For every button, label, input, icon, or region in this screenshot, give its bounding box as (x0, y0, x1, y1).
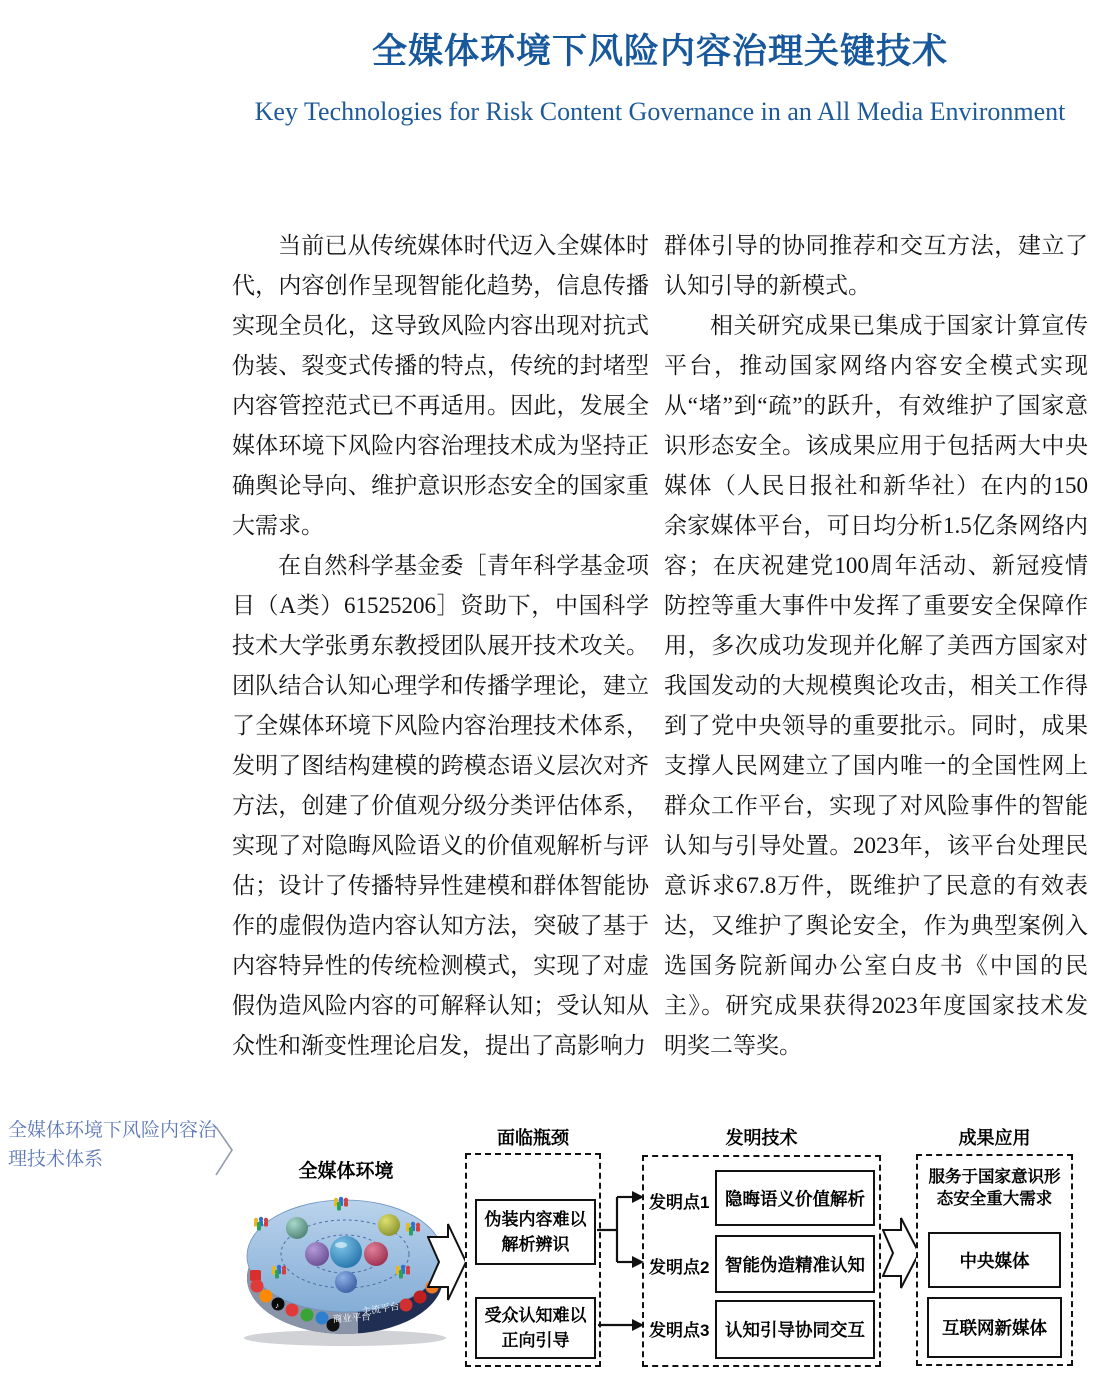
news-app-icon (250, 1270, 261, 1281)
platform-sphere (305, 1242, 329, 1266)
article-right-column: 群体引导的协同推荐和交互方法，建立了认知引导的新模式。 相关研究成果已集成于国家… (664, 226, 1088, 1066)
application-note: 服务于国家意识形 态安全重大需求 (918, 1166, 1071, 1210)
bottleneck-box: 受众认知难以 正向引导 (475, 1297, 596, 1359)
body-paragraph: 当前已从传统媒体时代迈入全媒体时代，内容创作呈现智能化趋势，信息传播实现全员化，… (232, 226, 649, 546)
platform-sphere (378, 1214, 400, 1236)
page-header: 全媒体环境下风险内容治理关键技术 Key Technologies for Ri… (222, 24, 1098, 127)
invention-point-label: 发明点1 (649, 1188, 715, 1213)
invention-box: 智能伪造精准认知 (715, 1235, 875, 1293)
application-box: 互联网新媒体 (927, 1297, 1062, 1358)
invention-box: 隐晦语义价值解析 (715, 1170, 875, 1226)
platform-sphere (335, 1271, 357, 1293)
bottleneck-group: 伪装内容难以 解析辨识 受众认知难以 正向引导 (465, 1153, 601, 1367)
tiktok-glyph: ♪ (275, 1301, 279, 1310)
cctv-icon (414, 1291, 427, 1304)
caption-chevron-icon (215, 1126, 235, 1176)
group-header-bottleneck: 面临瓶颈 (465, 1124, 601, 1150)
flow-arrow-icon (427, 1222, 467, 1302)
body-paragraph: 群体引导的协同推荐和交互方法，建立了认知引导的新模式。 (664, 226, 1088, 306)
sphere-highlight (335, 1242, 347, 1248)
all-media-environment-graphic: ♪ 商业平台 主流平台 (240, 1192, 450, 1350)
invention-box: 认知引导协同交互 (715, 1300, 875, 1359)
group-header-invention: 发明技术 (642, 1124, 881, 1150)
application-box: 中央媒体 (928, 1232, 1061, 1288)
invention-group: 发明点1 发明点2 发明点3 隐晦语义价值解析 智能伪造精准认知 认知引导协同交… (642, 1155, 881, 1367)
wechat-icon (301, 1309, 314, 1322)
body-paragraph: 在自然科学基金委［青年科学基金项目（A类）61525206］资助下，中国科学技术… (232, 546, 649, 1066)
red-app-icon (251, 1280, 264, 1293)
platform-sphere (364, 1242, 388, 1266)
bottleneck-box: 伪装内容难以 解析辨识 (475, 1199, 596, 1265)
group-header-application: 成果应用 (916, 1124, 1073, 1150)
page-subtitle: Key Technologies for Risk Content Govern… (222, 97, 1098, 127)
blue-app-icon (316, 1312, 329, 1325)
figure-caption: 全媒体环境下风险内容治 理技术体系 (8, 1116, 220, 1174)
orange-app-icon (260, 1290, 273, 1303)
article-left-column: 当前已从传统媒体时代迈入全媒体时代，内容创作呈现智能化趋势，信息传播实现全员化，… (232, 226, 649, 1066)
weibo-icon (286, 1304, 299, 1317)
platform-sphere (286, 1217, 308, 1239)
body-paragraph: 相关研究成果已集成于国家计算宣传平台，推动国家网络内容安全模式实现从“堵”到“疏… (664, 306, 1088, 1066)
flow-arrow-icon (882, 1216, 920, 1290)
application-group: 服务于国家意识形 态安全重大需求 中央媒体 互联网新媒体 (916, 1154, 1073, 1366)
people-daily-icon (400, 1299, 413, 1312)
platform-sphere-center (330, 1236, 362, 1268)
invention-point-label: 发明点3 (649, 1316, 715, 1341)
invention-point-label: 发明点2 (649, 1253, 715, 1278)
media-environment-label: 全媒体环境 (288, 1156, 404, 1183)
page-title: 全媒体环境下风险内容治理关键技术 (222, 24, 1098, 74)
